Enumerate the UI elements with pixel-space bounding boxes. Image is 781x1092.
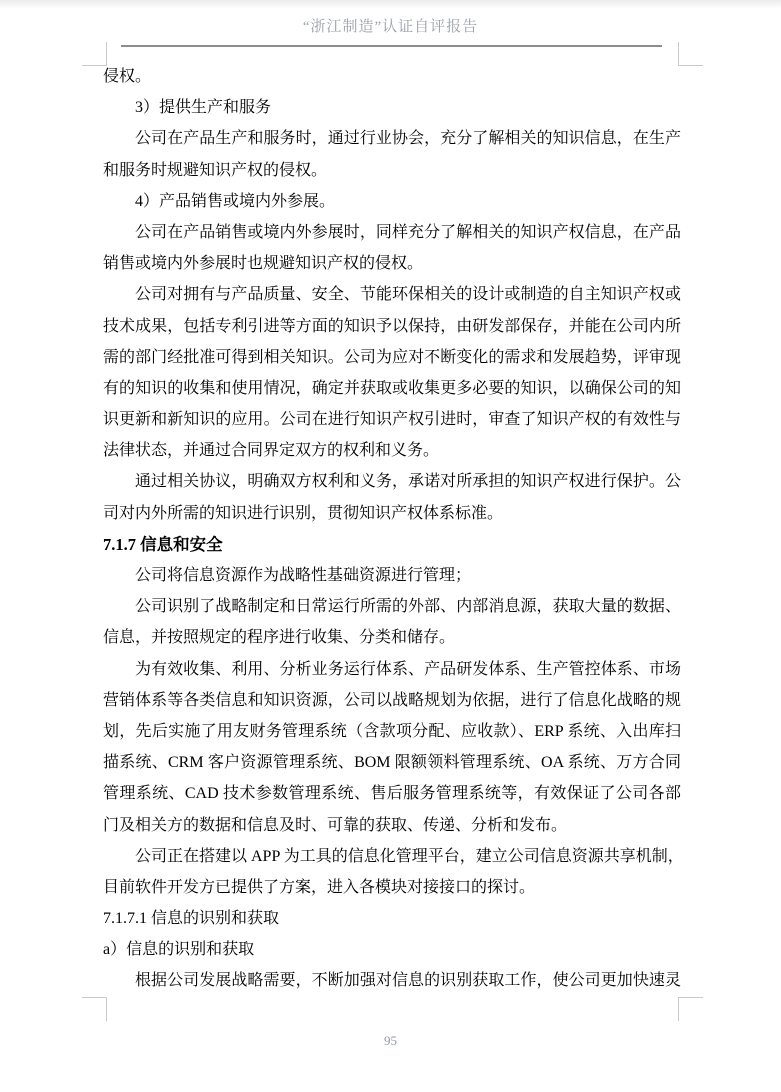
text-boundary-mark-bottom-left <box>82 997 107 1021</box>
document-body: 侵权。3）提供生产和服务公司在产品生产和服务时，通过行业协会，充分了解相关的知识… <box>103 61 681 997</box>
text-line: 目前软件开发方已提供了方案，进入各模块对接接口的探讨。 <box>103 872 681 903</box>
text-line: a）信息的识别和获取 <box>103 934 681 965</box>
text-line: 信息，并按照规定的程序进行收集、分类和储存。 <box>103 622 681 653</box>
text-boundary-mark-bottom-right <box>678 997 703 1021</box>
text-line: 公司在产品生产和服务时，通过行业协会，充分了解相关的知识信息，在生产 <box>103 123 681 154</box>
page-header-title: “浙江制造”认证自评报告 <box>0 15 781 36</box>
text-line: 公司正在搭建以 APP 为工具的信息化管理平台，建立公司信息资源共享机制， <box>103 841 681 872</box>
text-line: 描系统、CRM 客户资源管理系统、BOM 限额领料管理系统、OA 系统、万方合同 <box>103 747 681 778</box>
text-line: 有的知识的收集和使用情况，确定并获取或收集更多必要的知识，以确保公司的知 <box>103 373 681 404</box>
text-line: 公司将信息资源作为战略性基础资源进行管理； <box>103 560 681 591</box>
text-line: 销售或境内外参展时也规避知识产权的侵权。 <box>103 248 681 279</box>
header-rule <box>121 45 662 47</box>
text-line: 和服务时规避知识产权的侵权。 <box>103 155 681 186</box>
text-line: 营销体系等各类信息和知识资源，公司以战略规划为依据，进行了信息化战略的规 <box>103 685 681 716</box>
text-line: 公司识别了战略制定和日常运行所需的外部、内部消息源，获取大量的数据、 <box>103 591 681 622</box>
text-line: 公司在产品销售或境内外参展时，同样充分了解相关的知识产权信息，在产品 <box>103 217 681 248</box>
text-line: 根据公司发展战略需要，不断加强对信息的识别获取工作，使公司更加快速灵 <box>103 965 681 996</box>
section-heading: 7.1.7 信息和安全 <box>103 529 681 560</box>
text-line: 划，先后实施了用友财务管理系统（含款项分配、应收款）、ERP 系统、入出库扫 <box>103 716 681 747</box>
text-line: 公司对拥有与产品质量、安全、节能环保相关的设计或制造的自主知识产权或 <box>103 279 681 310</box>
text-line: 侵权。 <box>103 61 681 92</box>
text-line: 技术成果，包括专利引进等方面的知识予以保持，由研发部保存，并能在公司内所 <box>103 311 681 342</box>
text-line: 3）提供生产和服务 <box>103 92 681 123</box>
document-page: “浙江制造”认证自评报告 侵权。3）提供生产和服务公司在产品生产和服务时，通过行… <box>0 0 781 1092</box>
text-line: 需的部门经批准可得到相关知识。公司为应对不断变化的需求和发展趋势，评审现 <box>103 342 681 373</box>
text-line: 司对内外所需的知识进行识别，贯彻知识产权体系标准。 <box>103 498 681 529</box>
section-subheading: 7.1.7.1 信息的识别和获取 <box>103 903 681 934</box>
page-number: 95 <box>0 1033 781 1049</box>
top-edge-shading <box>0 0 781 9</box>
text-line: 管理系统、CAD 技术参数管理系统、售后服务管理系统等，有效保证了公司各部 <box>103 778 681 809</box>
text-boundary-mark-top-right <box>678 42 703 66</box>
text-line: 识更新和新知识的应用。公司在进行知识产权引进时，审查了知识产权的有效性与 <box>103 404 681 435</box>
text-line: 门及相关方的数据和信息及时、可靠的获取、传递、分析和发布。 <box>103 810 681 841</box>
text-line: 为有效收集、利用、分析业务运行体系、产品研发体系、生产管控体系、市场 <box>103 654 681 685</box>
text-line: 4）产品销售或境内外参展。 <box>103 186 681 217</box>
text-line: 法律状态，并通过合同界定双方的权利和义务。 <box>103 435 681 466</box>
text-line: 通过相关协议，明确双方权利和义务，承诺对所承担的知识产权进行保护。公 <box>103 466 681 497</box>
